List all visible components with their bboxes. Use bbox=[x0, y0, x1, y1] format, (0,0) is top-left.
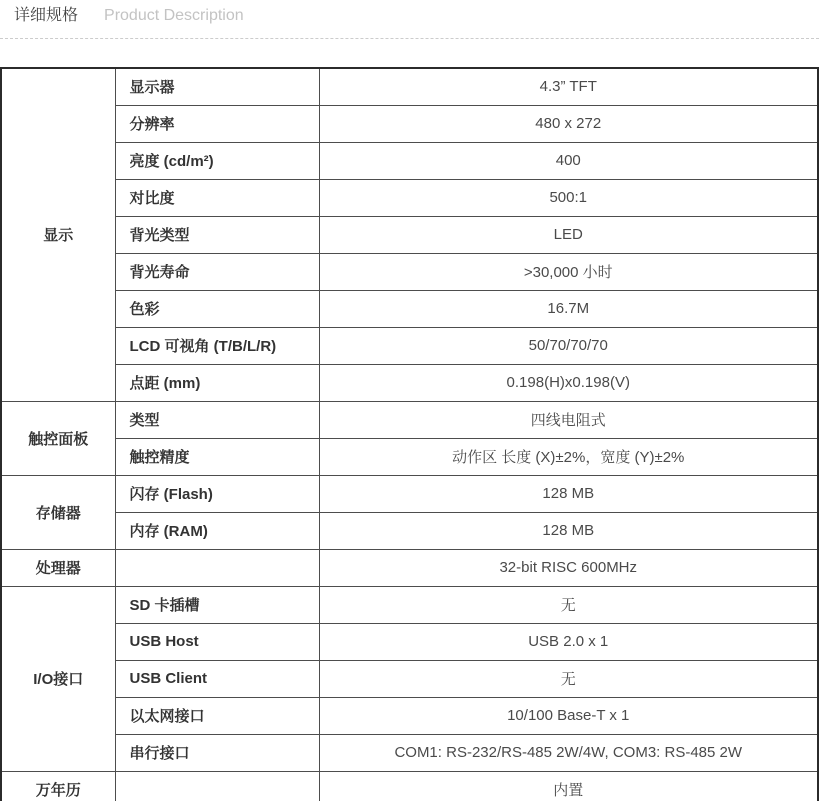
table-row: 亮度 (cd/m²)400 bbox=[1, 142, 818, 179]
spec-label-cell: 显示器 bbox=[115, 68, 319, 105]
spec-label-cell: 色彩 bbox=[115, 290, 319, 327]
spec-value-cell: 4.3” TFT bbox=[319, 68, 818, 105]
spec-label-cell: 点距 (mm) bbox=[115, 364, 319, 401]
spec-value-cell: 128 MB bbox=[319, 475, 818, 512]
spec-value-cell: LED bbox=[319, 216, 818, 253]
tab-detailed-specs[interactable]: 详细规格 bbox=[14, 6, 78, 26]
spec-value-cell: >30,000 小时 bbox=[319, 253, 818, 290]
category-cell: 显示 bbox=[1, 68, 115, 401]
spec-label-cell: 以太网接口 bbox=[115, 697, 319, 734]
spec-value-cell: COM1: RS-232/RS-485 2W/4W, COM3: RS-485 … bbox=[319, 734, 818, 771]
spec-value-cell: 128 MB bbox=[319, 512, 818, 549]
spec-table-container: 显示显示器4.3” TFT分辨率480 x 272亮度 (cd/m²)400对比… bbox=[0, 67, 819, 801]
spec-label-cell: LCD 可视角 (T/B/L/R) bbox=[115, 327, 319, 364]
spec-value-cell: 32-bit RISC 600MHz bbox=[319, 549, 818, 586]
table-row: 对比度500:1 bbox=[1, 179, 818, 216]
spec-value-cell: USB 2.0 x 1 bbox=[319, 623, 818, 660]
table-row: LCD 可视角 (T/B/L/R)50/70/70/70 bbox=[1, 327, 818, 364]
spec-label-cell: 背光类型 bbox=[115, 216, 319, 253]
category-cell: 触控面板 bbox=[1, 401, 115, 475]
spec-table: 显示显示器4.3” TFT分辨率480 x 272亮度 (cd/m²)400对比… bbox=[0, 67, 819, 801]
table-row: 分辨率480 x 272 bbox=[1, 105, 818, 142]
category-cell: 处理器 bbox=[1, 549, 115, 586]
spec-value-cell: 500:1 bbox=[319, 179, 818, 216]
category-cell: 万年历 bbox=[1, 771, 115, 801]
spec-label-cell: SD 卡插槽 bbox=[115, 586, 319, 623]
spec-label-cell: 类型 bbox=[115, 401, 319, 438]
spec-label-cell: 亮度 (cd/m²) bbox=[115, 142, 319, 179]
spec-label-cell: 背光寿命 bbox=[115, 253, 319, 290]
spec-label-cell: 串行接口 bbox=[115, 734, 319, 771]
table-row: 触控精度动作区 长度 (X)±2%，宽度 (Y)±2% bbox=[1, 438, 818, 475]
tab-product-description[interactable]: Product Description bbox=[104, 6, 244, 26]
table-row: 处理器32-bit RISC 600MHz bbox=[1, 549, 818, 586]
table-row: USB HostUSB 2.0 x 1 bbox=[1, 623, 818, 660]
category-cell: I/O接口 bbox=[1, 586, 115, 771]
table-row: 内存 (RAM)128 MB bbox=[1, 512, 818, 549]
spec-label-cell: 对比度 bbox=[115, 179, 319, 216]
spec-value-cell: 16.7M bbox=[319, 290, 818, 327]
spec-label-cell: 分辨率 bbox=[115, 105, 319, 142]
spec-value-cell: 无 bbox=[319, 586, 818, 623]
spec-label-cell bbox=[115, 549, 319, 586]
category-cell: 存储器 bbox=[1, 475, 115, 549]
table-row: 色彩16.7M bbox=[1, 290, 818, 327]
spec-value-cell: 480 x 272 bbox=[319, 105, 818, 142]
spec-value-cell: 四线电阻式 bbox=[319, 401, 818, 438]
table-row: 触控面板类型四线电阻式 bbox=[1, 401, 818, 438]
spec-label-cell: 内存 (RAM) bbox=[115, 512, 319, 549]
table-row: 显示显示器4.3” TFT bbox=[1, 68, 818, 105]
spec-label-cell: USB Client bbox=[115, 660, 319, 697]
table-row: 背光类型LED bbox=[1, 216, 818, 253]
spec-value-cell: 内置 bbox=[319, 771, 818, 801]
spec-label-cell: USB Host bbox=[115, 623, 319, 660]
table-row: 背光寿命>30,000 小时 bbox=[1, 253, 818, 290]
spec-value-cell: 50/70/70/70 bbox=[319, 327, 818, 364]
tab-bar: 详细规格 Product Description bbox=[0, 0, 819, 39]
spec-value-cell: 400 bbox=[319, 142, 818, 179]
spec-value-cell: 0.198(H)x0.198(V) bbox=[319, 364, 818, 401]
spec-value-cell: 无 bbox=[319, 660, 818, 697]
table-row: USB Client无 bbox=[1, 660, 818, 697]
spec-label-cell: 触控精度 bbox=[115, 438, 319, 475]
spec-value-cell: 动作区 长度 (X)±2%，宽度 (Y)±2% bbox=[319, 438, 818, 475]
table-row: 以太网接口10/100 Base-T x 1 bbox=[1, 697, 818, 734]
table-row: 存储器闪存 (Flash)128 MB bbox=[1, 475, 818, 512]
table-row: I/O接口SD 卡插槽无 bbox=[1, 586, 818, 623]
table-row: 点距 (mm)0.198(H)x0.198(V) bbox=[1, 364, 818, 401]
spec-label-cell bbox=[115, 771, 319, 801]
spec-label-cell: 闪存 (Flash) bbox=[115, 475, 319, 512]
table-row: 万年历内置 bbox=[1, 771, 818, 801]
table-row: 串行接口COM1: RS-232/RS-485 2W/4W, COM3: RS-… bbox=[1, 734, 818, 771]
spec-value-cell: 10/100 Base-T x 1 bbox=[319, 697, 818, 734]
